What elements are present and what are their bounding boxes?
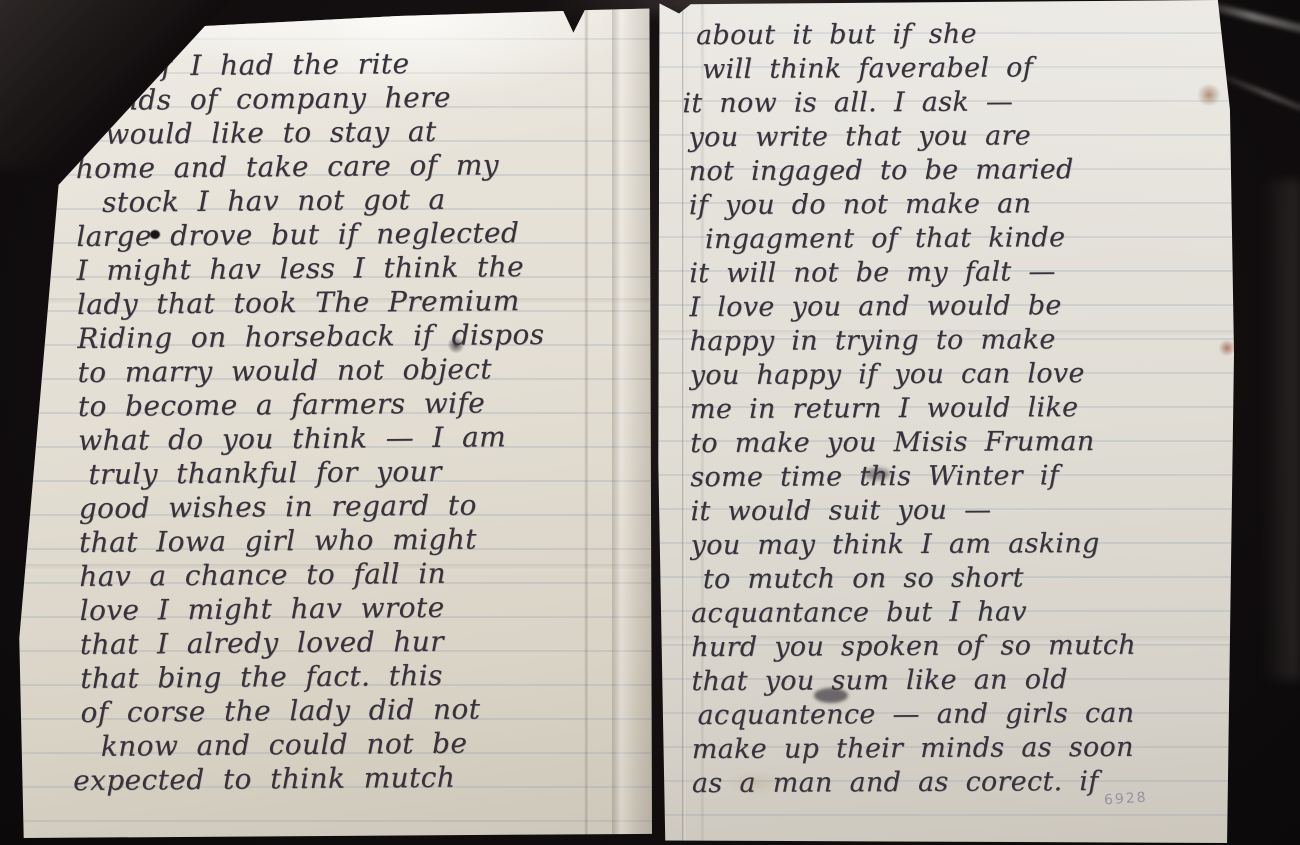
handwritten-line: I would like to stay at (75, 114, 542, 152)
handwritten-line: that you sum like an old (691, 663, 1136, 699)
handwritten-text-right: about it but if shewill think faverabel … (688, 17, 1137, 801)
handwritten-line: acquantence — and girls can (698, 697, 1137, 733)
handwritten-line: kinds of company here (93, 80, 542, 118)
handwritten-line: know and could not be (101, 726, 548, 764)
vertical-fold-crease (584, 6, 589, 838)
handwritten-line: hurd you spoken of so mutch (691, 629, 1136, 665)
handwritten-line: that bing the fact. this (80, 658, 547, 696)
handwritten-line: to marry would not object (77, 352, 544, 390)
handwritten-line: it will not be my falt — (689, 255, 1134, 291)
handwritten-line: truly thankful for your (88, 454, 545, 492)
handwritten-line: make up their minds as soon (692, 731, 1137, 767)
letter-left-page: that if I had the ritekinds of company h… (18, 6, 652, 838)
handwritten-line: of corse the lady did not (80, 692, 547, 730)
handwritten-line: love I might hav wrote (79, 590, 546, 628)
handwritten-line: you write that you are (688, 119, 1133, 155)
brown-stain (1196, 84, 1222, 106)
handwritten-line: Riding on horseback if dispos (77, 318, 544, 356)
handwritten-line: what do you think — I am (78, 420, 545, 458)
letter-right-page: about it but if shewill think faverabel … (656, 0, 1234, 843)
handwritten-line: acquantance but I hav (691, 595, 1136, 631)
handwritten-line: lady that took The Premium (77, 284, 544, 322)
vertical-fold-crease (682, 0, 687, 843)
handwritten-line: that if I had the rite (75, 46, 542, 84)
handwritten-line: I might hav less I think the (77, 250, 544, 288)
handwritten-line: to mutch on so short (703, 561, 1136, 597)
handwritten-line: that I alredy loved hur (80, 624, 547, 662)
handwritten-line: some time this Winter if (690, 459, 1135, 495)
handwritten-line: not ingaged to be maried (689, 153, 1134, 189)
handwritten-line: happy in trying to make (690, 323, 1135, 359)
handwritten-line: to become a farmers wife (78, 386, 545, 424)
handwritten-line: you happy if you can love (690, 357, 1135, 393)
handwritten-line: me in return I would like (690, 391, 1135, 427)
handwritten-line: you may think I am asking (691, 527, 1136, 563)
handwritten-line: stock I hav not got a (102, 182, 543, 220)
handwritten-line: home and take care of my (76, 148, 543, 186)
handwritten-line: large drove but if neglected (76, 216, 543, 254)
handwritten-line: expected to think mutch (73, 760, 548, 798)
handwritten-line: will think faverabel of (702, 51, 1133, 87)
background-light-band-right (1262, 180, 1300, 680)
handwritten-line: good wishes in regard to (79, 488, 546, 526)
catalog-number: 6928 (1104, 789, 1149, 808)
photograph-of-handwritten-letter: that if I had the ritekinds of company h… (0, 0, 1300, 845)
red-brown-stain (1218, 340, 1236, 356)
handwritten-line: ingagment of that kinde (705, 221, 1134, 257)
handwritten-line: it now is all. I ask — (682, 85, 1133, 121)
folded-edge-strip (612, 6, 652, 838)
handwritten-line: hav a chance to fall in (79, 556, 546, 594)
handwritten-line: it would suit you — (690, 493, 1135, 529)
handwritten-line: if you do not make an (689, 187, 1134, 223)
handwritten-line: that Iowa girl who might (79, 522, 546, 560)
handwritten-line: to make you Misis Fruman (690, 425, 1135, 461)
handwritten-line: I love you and would be (689, 289, 1134, 325)
handwritten-line: as a man and as corect. if (692, 765, 1137, 801)
handwritten-text-left: that if I had the ritekinds of company h… (75, 46, 549, 798)
handwritten-line: about it but if she (696, 17, 1133, 53)
